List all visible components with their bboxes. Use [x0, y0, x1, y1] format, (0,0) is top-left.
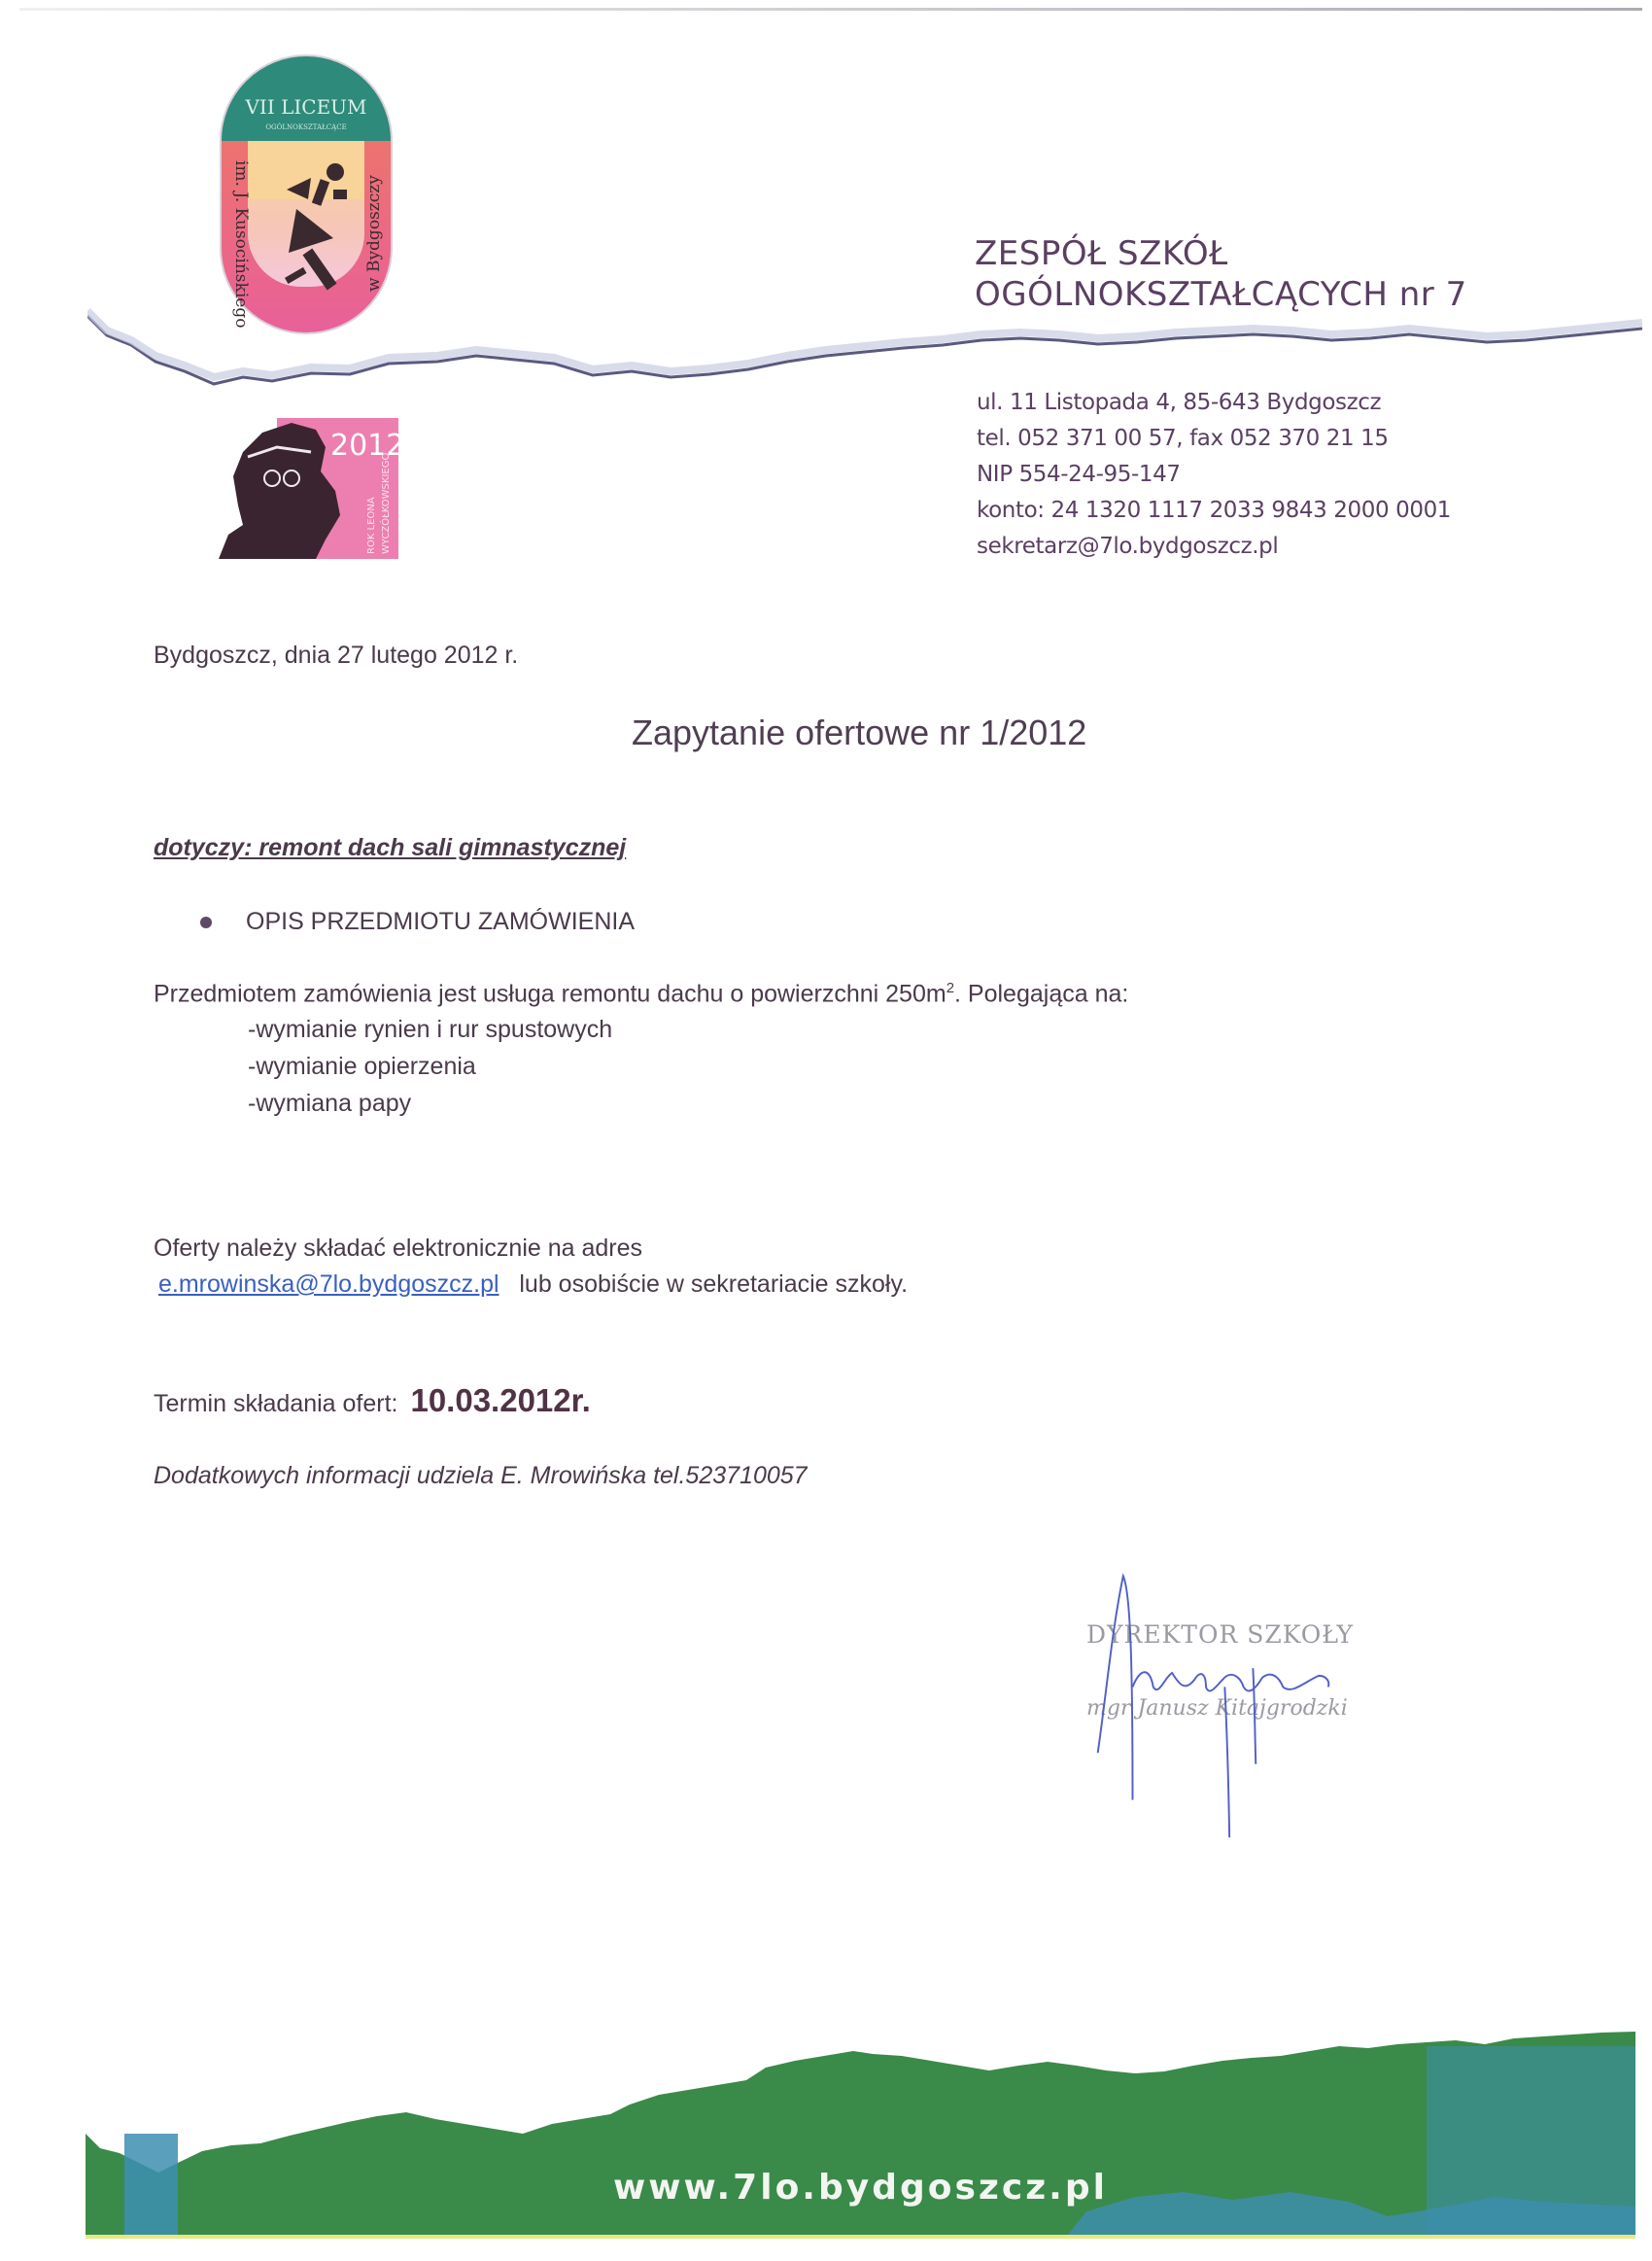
anniversary-stamp: 2012 ROK LEONA WYCZÓŁKOWSKIEGO	[219, 418, 398, 559]
contact-phone: tel. 052 371 00 57, fax 052 370 21 15	[977, 421, 1451, 457]
svg-text:ROK LEONA: ROK LEONA	[366, 497, 377, 554]
task-item: -wymianie opierzenia	[248, 1053, 476, 1081]
offers-instruction-cont: e.mrowinska@7lo.bydgoszcz.pl lub osobiśc…	[158, 1270, 908, 1299]
task-item: -wymiana papy	[248, 1090, 411, 1118]
additional-info: Dodatkowych informacji udziela E. Mrowiń…	[154, 1462, 808, 1490]
svg-text:w Bydgoszczy: w Bydgoszczy	[364, 175, 384, 292]
letter-subject: dotyczy: remont dach sali gimnastycznej	[154, 834, 626, 862]
scan-top-edge	[19, 8, 1642, 11]
section-heading-text: OPIS PRZEDMIOTU ZAMÓWIENIA	[246, 908, 635, 935]
order-description: Przedmiotem zamówienia jest usługa remon…	[154, 980, 1128, 1008]
footer-banner: www.7lo.bydgoszcz.pl	[86, 2027, 1635, 2250]
svg-text:OGÓLNOKSZTAŁCĄCE: OGÓLNOKSZTAŁCĄCE	[265, 122, 346, 131]
org-name-line1: ZESPÓŁ SZKÓŁ	[975, 233, 1467, 274]
footer-website[interactable]: www.7lo.bydgoszcz.pl	[86, 2168, 1635, 2208]
contact-email[interactable]: sekretarz@7lo.bydgoszcz.pl	[977, 529, 1451, 565]
letter-date: Bydgoszcz, dnia 27 lutego 2012 r.	[154, 642, 518, 670]
bullet-icon	[200, 917, 212, 928]
organization-contact: ul. 11 Listopada 4, 85-643 Bydgoszcz tel…	[977, 385, 1451, 565]
task-item: -wymianie rynien i rur spustowych	[248, 1016, 612, 1044]
contact-nip: NIP 554-24-95-147	[977, 457, 1451, 493]
organization-name: ZESPÓŁ SZKÓŁ OGÓLNOKSZTAŁCĄCYCH nr 7	[975, 233, 1467, 315]
deadline-label: Termin składania ofert:	[154, 1390, 398, 1417]
org-name-line2: OGÓLNOKSZTAŁCĄCYCH nr 7	[975, 274, 1467, 315]
section-heading: OPIS PRZEDMIOTU ZAMÓWIENIA	[200, 908, 635, 936]
handwritten-signature	[1074, 1555, 1394, 1847]
svg-text:VII LICEUM: VII LICEUM	[244, 95, 366, 119]
offers-email-link[interactable]: e.mrowinska@7lo.bydgoszcz.pl	[158, 1270, 499, 1298]
letter-title: Zapytanie ofertowe nr 1/2012	[632, 713, 1086, 753]
contact-account: konto: 24 1320 1117 2033 9843 2000 0001	[977, 493, 1451, 529]
deadline-value: 10.03.2012r.	[410, 1382, 590, 1418]
svg-text:WYCZÓŁKOWSKIEGO: WYCZÓŁKOWSKIEGO	[379, 453, 392, 554]
contact-address: ul. 11 Listopada 4, 85-643 Bydgoszcz	[977, 385, 1451, 421]
offers-instruction: Oferty należy składać elektronicznie na …	[154, 1235, 642, 1263]
deadline-line: Termin składania ofert: 10.03.2012r.	[154, 1382, 591, 1419]
